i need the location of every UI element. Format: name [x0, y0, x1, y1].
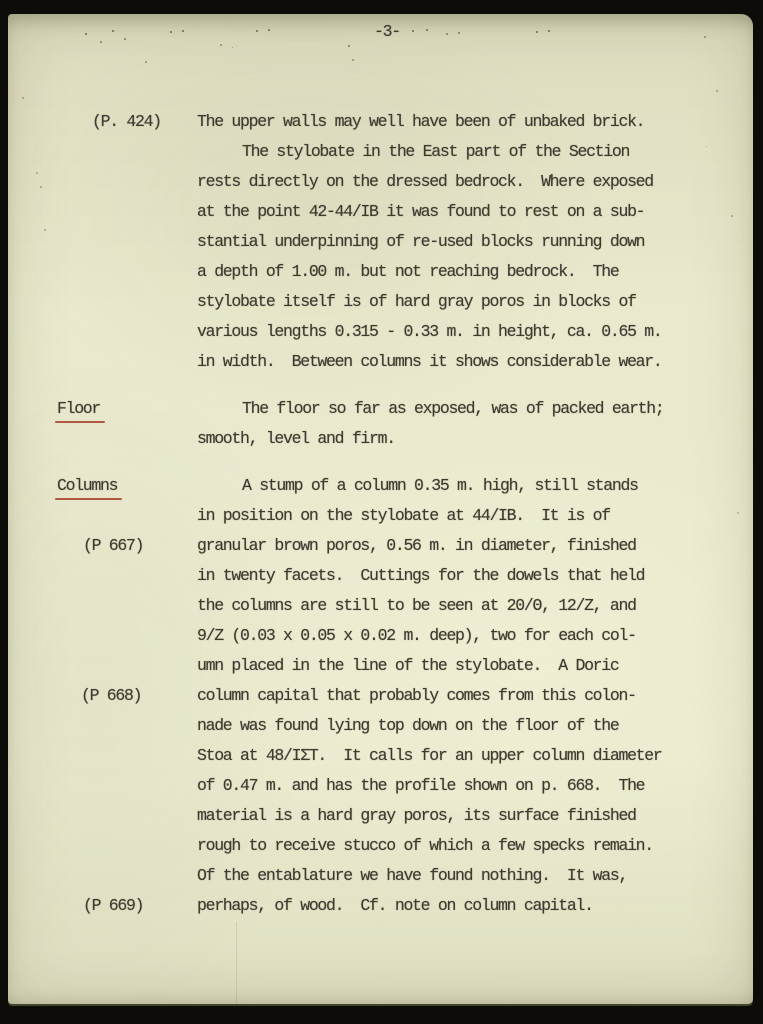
ink-speck: [458, 32, 460, 34]
ink-speck: [536, 31, 538, 33]
ink-speck: [36, 172, 38, 174]
margin-ref-p669: (P 669): [83, 891, 143, 921]
ink-speck: [220, 44, 222, 46]
text-line: The upper walls may well have been of un…: [197, 107, 663, 137]
text-line: granular brown poros, 0.56 m. in diamete…: [197, 531, 663, 561]
ink-speck: [348, 45, 350, 47]
text-line: Stoa at 48/IΣT. It calls for an upper co…: [197, 741, 663, 771]
ink-speck: [704, 36, 706, 38]
ink-speck: [352, 59, 354, 61]
ink-speck: [412, 30, 414, 32]
body-text: The upper walls may well have been of un…: [197, 107, 663, 921]
margin-ref-p667: (P 667): [83, 531, 143, 561]
text-line: The stylobate in the East part of the Se…: [197, 137, 663, 167]
text-line: stantial underpinning of re-used blocks …: [197, 227, 663, 257]
text-line: a depth of 1.00 m. but not reaching bedr…: [197, 257, 663, 287]
ink-speck: [85, 33, 87, 35]
margin-ref-p668: (P 668): [81, 681, 141, 711]
ink-speck: [40, 186, 42, 188]
text-line: at the point 42-44/IB it was found to re…: [197, 197, 663, 227]
ink-speck: [145, 61, 147, 63]
text-line: in twenty facets. Cuttings for the dowel…: [197, 561, 663, 591]
ink-speck: [112, 30, 114, 32]
document-page: -3- (P. 424) (P 667) (P 668) (P 669) Flo…: [8, 14, 753, 1004]
ink-speck: [731, 215, 733, 217]
ink-speck: [44, 229, 46, 231]
ink-speck: [22, 97, 24, 99]
ink-speck: [182, 30, 184, 32]
text-line: material is a hard gray poros, its surfa…: [197, 801, 663, 831]
ink-speck: [426, 29, 428, 31]
text-line: Of the entablature we have found nothing…: [197, 861, 663, 891]
text-line: stylobate itself is of hard gray poros i…: [197, 287, 663, 317]
ink-speck: [737, 512, 739, 514]
text-line: A stump of a column 0.35 m. high, still …: [197, 471, 663, 501]
scan-artifact-line: [236, 922, 237, 1004]
ink-speck: [100, 41, 102, 43]
ink-speck: [256, 30, 258, 32]
text-line: column capital that probably comes from …: [197, 681, 663, 711]
ink-speck: [548, 30, 550, 32]
scan-frame: { "document": { "page_number": "-3-", "m…: [0, 0, 763, 1024]
text-line: umn placed in the line of the stylobate.…: [197, 651, 663, 681]
text-line: smooth, level and firm.: [197, 424, 663, 454]
ink-speck: [124, 38, 126, 40]
ink-speck: [170, 31, 172, 33]
text-line: nade was found lying top down on the flo…: [197, 711, 663, 741]
page-number: -3-: [374, 17, 400, 47]
text-line: various lengths 0.315 - 0.33 m. in heigh…: [197, 317, 663, 347]
section-heading-columns: Columns: [57, 471, 117, 501]
ink-speck: [706, 146, 707, 147]
text-line: rests directly on the dressed bedrock. W…: [197, 167, 663, 197]
ink-speck: [268, 29, 270, 31]
text-line: in position on the stylobate at 44/IB. I…: [197, 501, 663, 531]
ink-speck: [232, 47, 233, 48]
text-line: of 0.47 m. and has the profile shown on …: [197, 771, 663, 801]
text-line: The floor so far as exposed, was of pack…: [197, 394, 663, 424]
text-line: 9/Z (0.03 x 0.05 x 0.02 m. deep), two fo…: [197, 621, 663, 651]
ink-speck: [716, 90, 718, 92]
text-line: the columns are still to be seen at 20/Θ…: [197, 591, 663, 621]
margin-ref-p424: (P. 424): [92, 107, 161, 137]
ink-speck: [446, 33, 448, 35]
text-line: rough to receive stucco of which a few s…: [197, 831, 663, 861]
text-line: perhaps, of wood. Cf. note on column cap…: [197, 891, 663, 921]
text-line: in width. Between columns it shows consi…: [197, 347, 663, 377]
section-heading-floor: Floor: [57, 394, 100, 424]
